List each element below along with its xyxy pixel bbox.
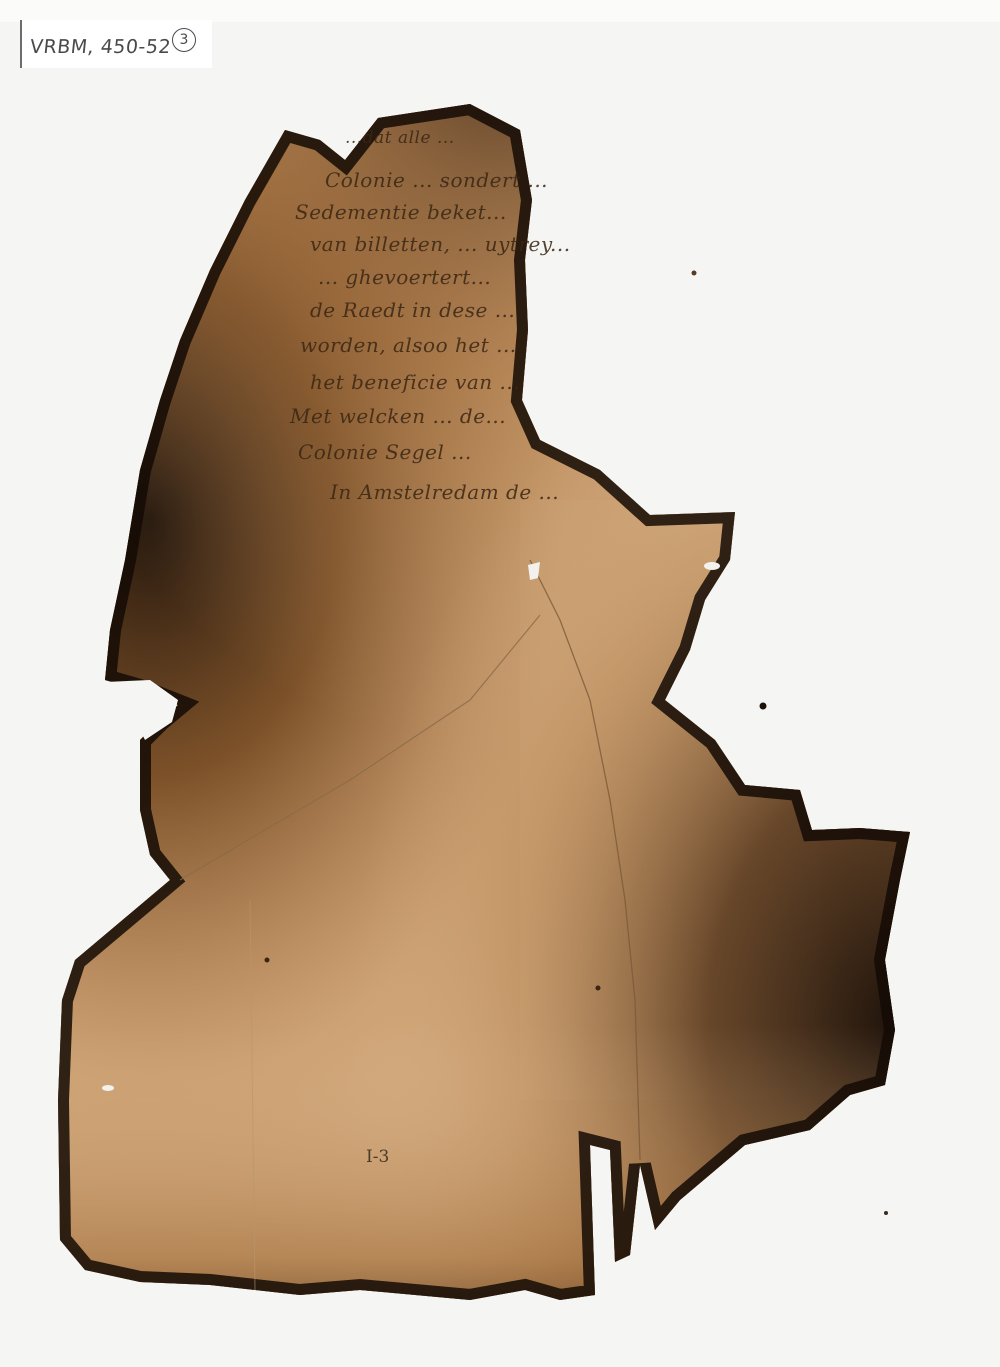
manuscript-line-3: Sedementie beket... <box>295 200 507 224</box>
manuscript-line-1: ...dat alle ... <box>345 128 455 148</box>
manuscript-line-2: Colonie ... sondert ... <box>325 168 548 192</box>
manuscript-line-4: van billetten, ... uytrey... <box>310 232 571 256</box>
manuscript-line-7: worden, alsoo het ... <box>300 333 517 357</box>
manuscript-line-8: het beneficie van ... <box>310 370 520 394</box>
manuscript-line-5: ... ghevoertert... <box>318 265 491 289</box>
manuscript-line-10: Colonie Segel ... <box>298 440 472 464</box>
manuscript-line-9: Met welcken ... de... <box>290 404 506 428</box>
manuscript-line-6: de Raedt in dese ... <box>310 298 515 322</box>
folio-mark: I-3 <box>366 1147 389 1167</box>
manuscript-line-11: In Amstelredam de ... <box>330 480 559 504</box>
